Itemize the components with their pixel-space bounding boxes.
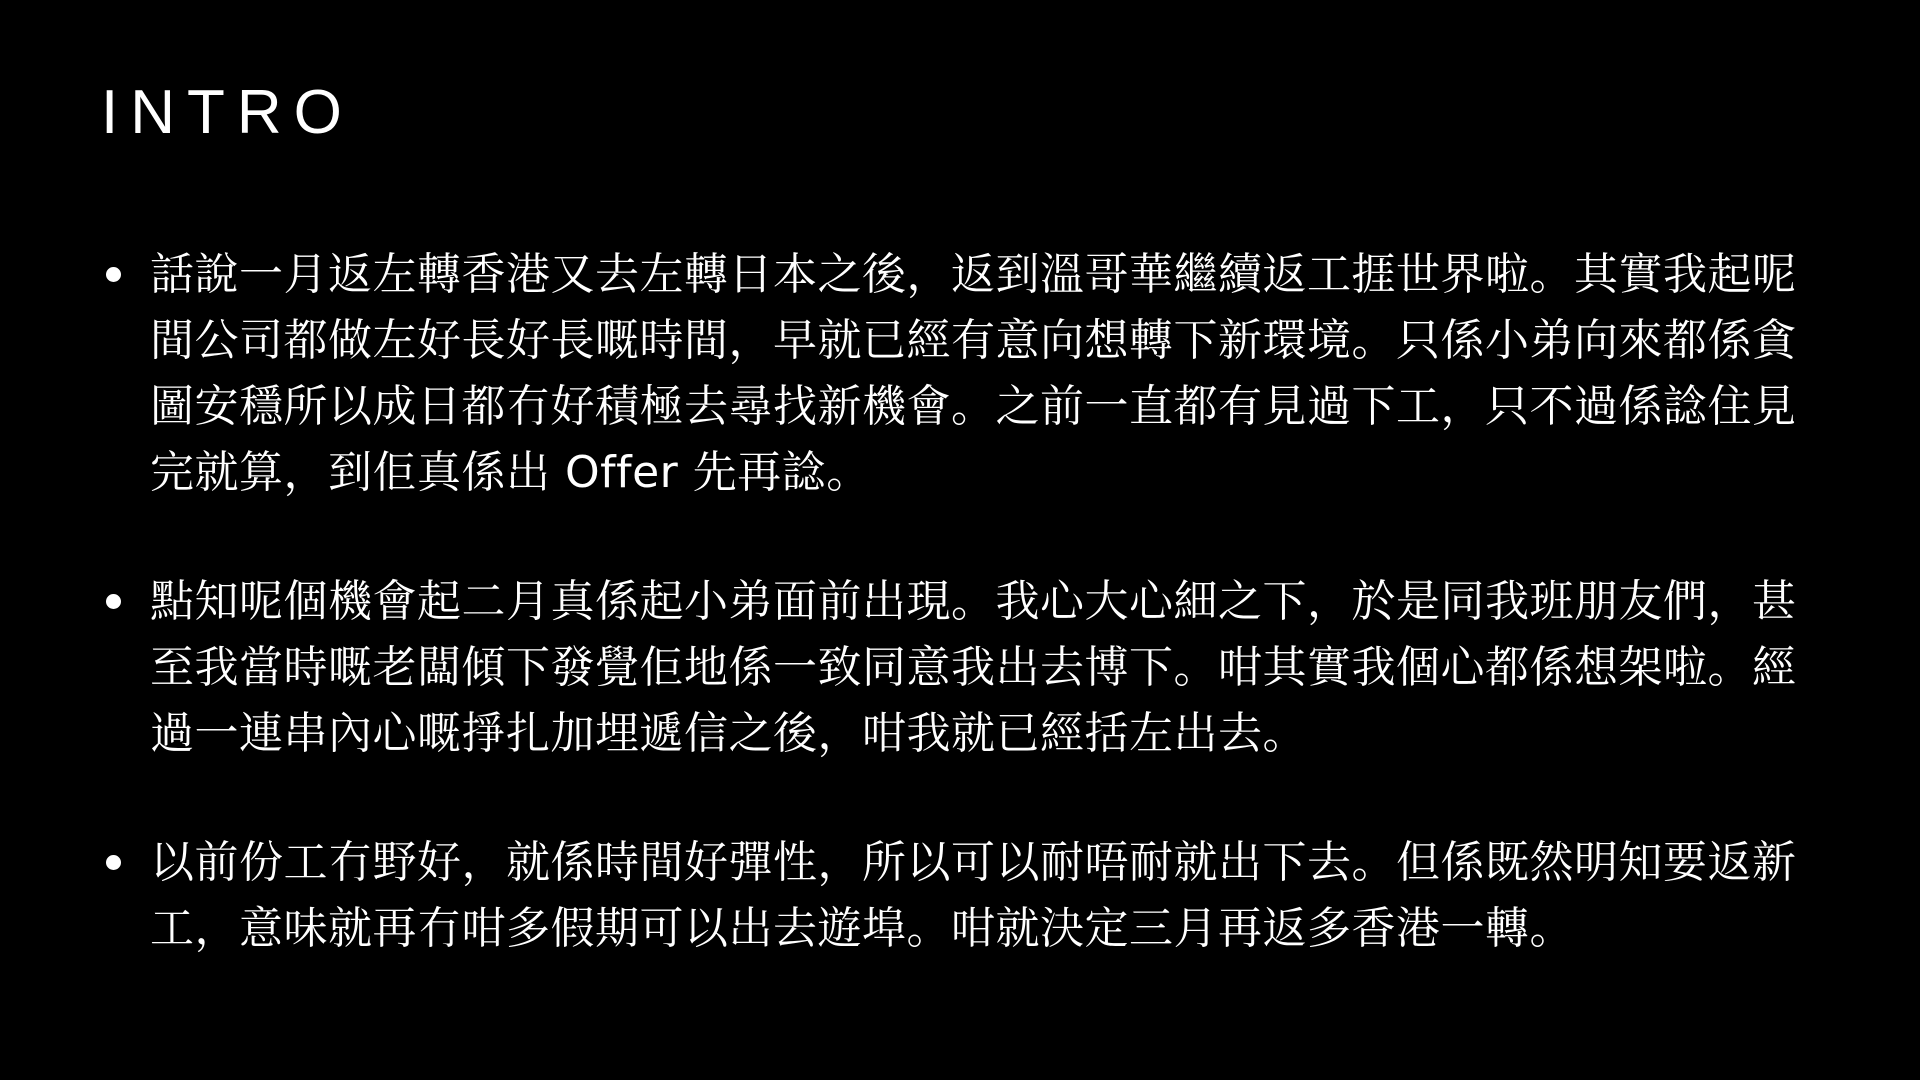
bullet-dot-icon (106, 855, 121, 870)
bullet-item: 話說一月返左轉香港又去左轉日本之後，返到溫哥華繼續返工捱世界啦。其實我起呢間公司… (100, 242, 1830, 506)
presentation-slide: INTRO 話說一月返左轉香港又去左轉日本之後，返到溫哥華繼續返工捱世界啦。其實… (0, 0, 1920, 1080)
bullet-dot-icon (106, 594, 121, 609)
bullet-dot-icon (106, 267, 121, 282)
bullet-text: 點知呢個機會起二月真係起小弟面前出現。我心大心細之下，於是同我班朋友們，甚至我當… (150, 569, 1820, 767)
slide-title: INTRO (101, 78, 354, 148)
bullet-text: 話說一月返左轉香港又去左轉日本之後，返到溫哥華繼續返工捱世界啦。其實我起呢間公司… (150, 242, 1820, 506)
bullet-item: 點知呢個機會起二月真係起小弟面前出現。我心大心細之下，於是同我班朋友們，甚至我當… (100, 569, 1830, 767)
bullet-text: 以前份工冇野好，就係時間好彈性，所以可以耐唔耐就出下去。但係既然明知要返新工，意… (150, 830, 1820, 962)
bullet-list: 話說一月返左轉香港又去左轉日本之後，返到溫哥華繼續返工捱世界啦。其實我起呢間公司… (100, 242, 1830, 1025)
bullet-item: 以前份工冇野好，就係時間好彈性，所以可以耐唔耐就出下去。但係既然明知要返新工，意… (100, 830, 1830, 962)
